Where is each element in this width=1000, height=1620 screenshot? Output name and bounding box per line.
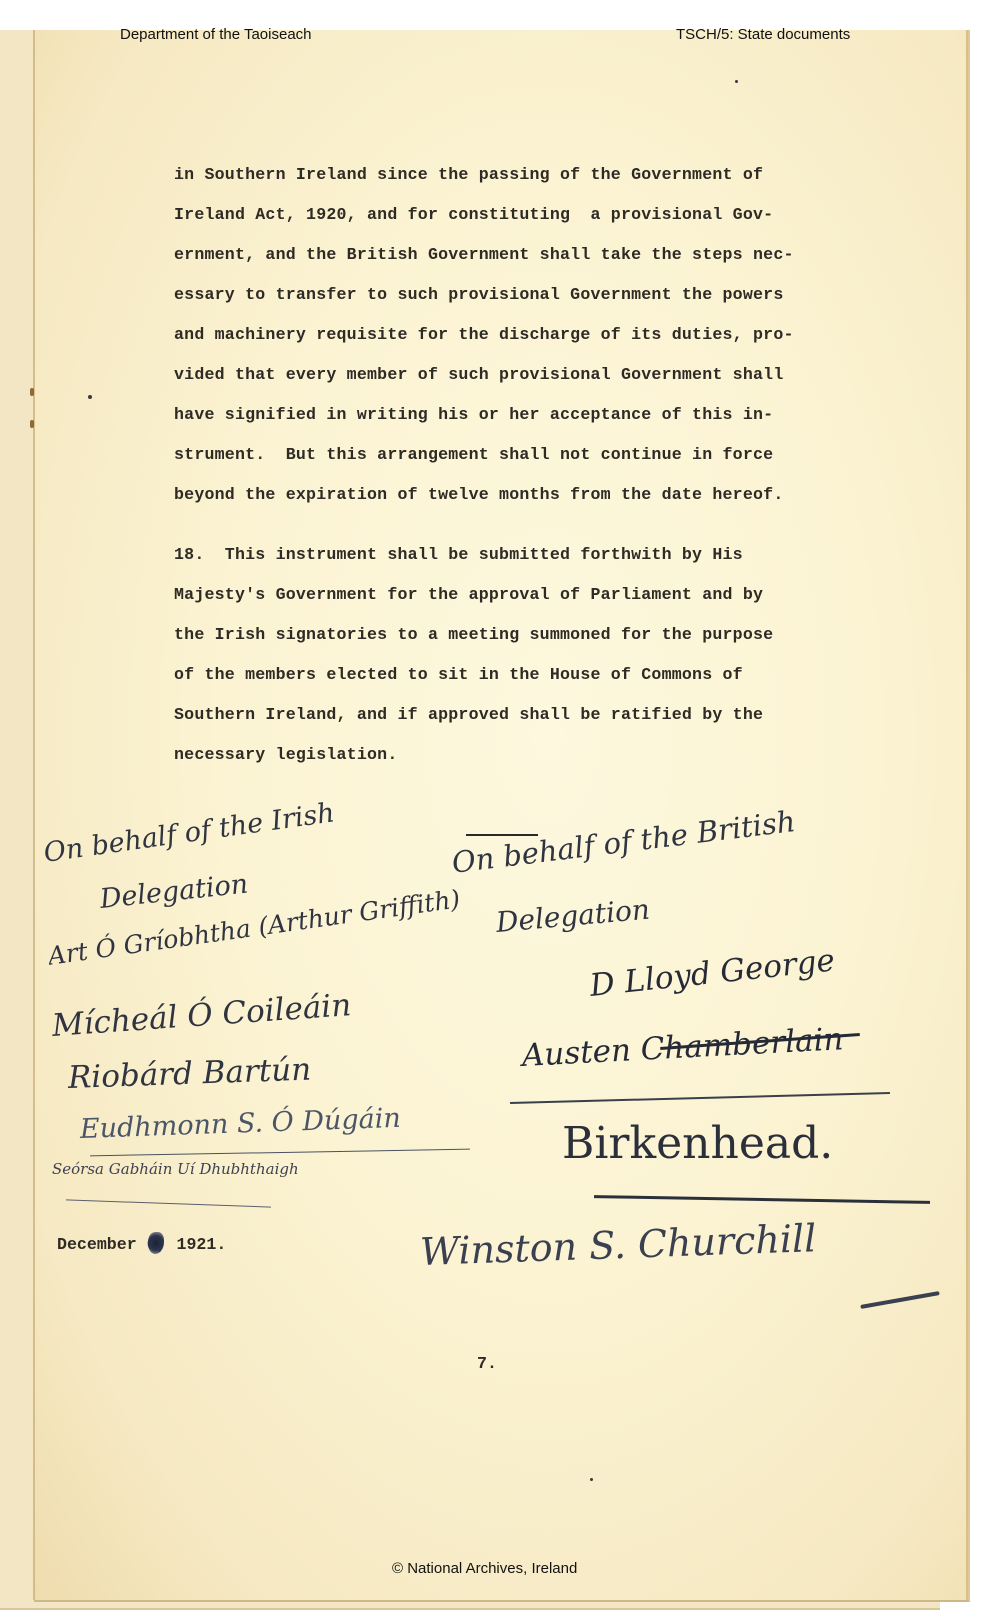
text-line: necessary legislation. <box>174 735 914 775</box>
page-number: 7. <box>477 1354 497 1373</box>
ink-speck <box>590 1478 593 1481</box>
ink-speck <box>735 80 738 83</box>
text-line: have signified in writing his or her acc… <box>174 395 914 435</box>
text-line: Majesty's Government for the approval of… <box>174 575 914 615</box>
text-line: essary to transfer to such provisional G… <box>174 275 914 315</box>
text-line: 18. This instrument shall be submitted f… <box>174 535 914 575</box>
text-line: in Southern Ireland since the passing of… <box>174 155 914 195</box>
typed-body-text: in Southern Ireland since the passing of… <box>174 155 914 775</box>
text-line: beyond the expiration of twelve months f… <box>174 475 914 515</box>
text-line: Ireland Act, 1920, and for constituting … <box>174 195 914 235</box>
margin-staple-mark <box>30 388 34 396</box>
margin-staple-mark <box>30 420 34 428</box>
text-line: vided that every member of such provisio… <box>174 355 914 395</box>
paragraph-gap <box>174 515 914 535</box>
text-line: strument. But this arrangement shall not… <box>174 435 914 475</box>
text-line: Southern Ireland, and if approved shall … <box>174 695 914 735</box>
document-date: December 6, 1921. <box>57 1235 226 1254</box>
signature-birkenhead: Birkenhead. <box>562 1118 833 1169</box>
text-line: of the members elected to sit in the Hou… <box>174 655 914 695</box>
header-department: Department of the Taoiseach <box>120 26 312 43</box>
signature-george-gavan-duffy: Seórsa Gabháin Uí Dhubhthaigh <box>52 1160 299 1178</box>
ink-speck <box>88 395 92 399</box>
copyright-footer: © National Archives, Ireland <box>392 1560 577 1577</box>
text-line: ernment, and the British Government shal… <box>174 235 914 275</box>
page-fold-line <box>33 30 35 1600</box>
text-line: and machinery requisite for the discharg… <box>174 315 914 355</box>
text-line: the Irish signatories to a meeting summo… <box>174 615 914 655</box>
scanned-document: Department of the Taoiseach TSCH/5: Stat… <box>0 0 1000 1620</box>
header-collection: TSCH/5: State documents <box>676 26 850 43</box>
